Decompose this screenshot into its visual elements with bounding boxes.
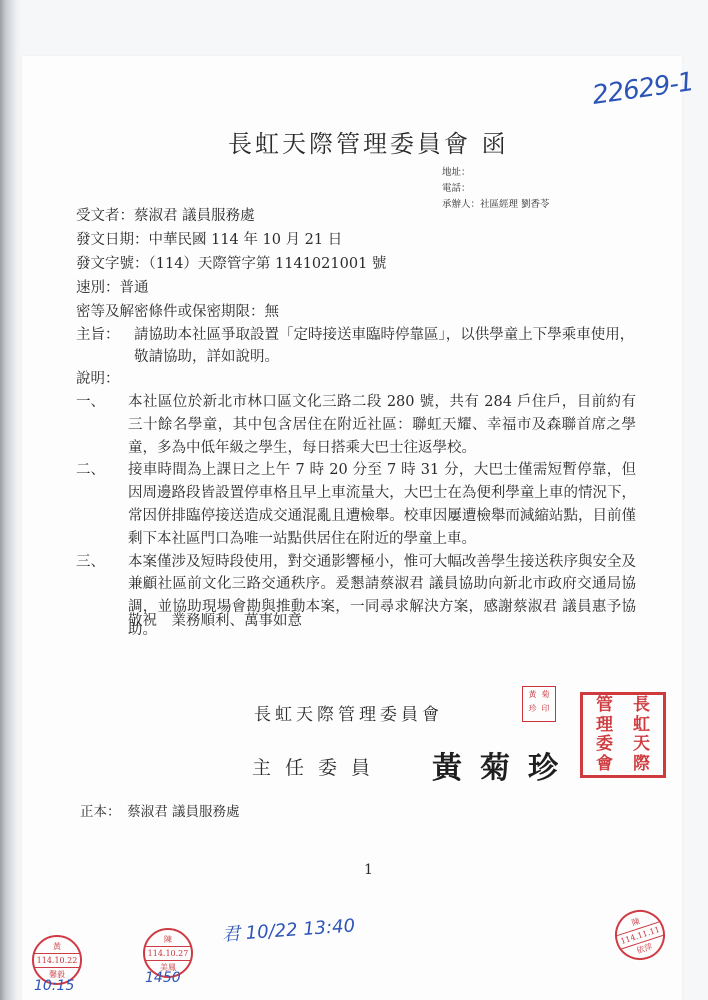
signatory-title: 主任委員 — [252, 753, 384, 780]
closing-salutation: 敬祝 業務順利、萬事如意 — [128, 609, 302, 630]
priority: 普通 — [120, 280, 149, 296]
subject: 主旨： 請協助本社區爭取設置「定時接送車臨時停靠區」，以供學童上下學乘車使用，敬… — [76, 324, 636, 368]
signature-organization: 長虹天際管理委員會 — [254, 700, 443, 725]
scan-edge — [0, 0, 22, 1000]
signatory-name: 黃菊珍 — [432, 743, 576, 787]
stamp-surname: 黃 — [53, 940, 61, 953]
subject-text: 請協助本社區爭取設置「定時接送車臨時停靠區」，以供學童上下學乘車使用，敬請協助，… — [134, 324, 636, 368]
page-number: 1 — [364, 862, 373, 878]
item-number: 三、 — [76, 551, 105, 574]
stamp-date: 114.10.27 — [145, 946, 191, 961]
meta-label: 發文日期： — [76, 232, 149, 248]
reference-row: 發文字號：（114）天際管字第 1141021001 號 — [76, 252, 386, 276]
recipient: 蔡淑君 議員服務處 — [134, 208, 255, 224]
organization-seal-icon: 管 長 理 虹 委 天 會 際 — [580, 692, 666, 778]
letter-meta: 受文者：蔡淑君 議員服務處 發文日期：中華民國 114 年 10 月 21 日 … — [76, 204, 386, 324]
seal-char: 天 — [623, 735, 660, 755]
list-item: 二、 接車時間為上課日之上午 7 時 20 分至 7 時 31 分，大巴士僅需短… — [76, 459, 636, 550]
item-number: 二、 — [76, 459, 105, 482]
recipient-row: 受文者：蔡淑君 議員服務處 — [76, 204, 386, 228]
list-item: 一、 本社區位於新北市林口區文化三路二段 280 號，共有 284 戶住戶，目前… — [76, 391, 636, 459]
explanation-list: 一、 本社區位於新北市林口區文化三路二段 280 號，共有 284 戶住戶，目前… — [76, 391, 636, 642]
meta-label: 速別： — [76, 280, 120, 296]
seal-char: 珍 — [526, 704, 539, 718]
stamp-date: 114.10.22 — [34, 953, 80, 968]
address-label: 地址： — [442, 165, 550, 181]
seal-char: 虹 — [623, 716, 660, 736]
date-row: 發文日期：中華民國 114 年 10 月 21 日 — [76, 228, 386, 252]
seal-char: 印 — [539, 704, 552, 718]
explanation-label: 說明： — [76, 368, 120, 390]
handwritten-time: 1450 — [145, 970, 181, 986]
classification: 無 — [265, 304, 280, 320]
seal-char: 黃 — [526, 690, 539, 704]
item-text: 本社區位於新北市林口區文化三路二段 280 號，共有 284 戶住戶，目前約有三… — [128, 391, 636, 459]
seal-char: 際 — [623, 755, 660, 775]
contact-block: 地址： 電話： 承辦人：社區經理 劉香苓 — [442, 165, 550, 213]
meta-label: 密等及解密條件或保密期限： — [76, 304, 265, 320]
meta-label: 受文者： — [76, 208, 134, 224]
reference-number: （114）天際管字第 1141021001 號 — [149, 256, 387, 272]
meta-label: 發文字號： — [76, 256, 149, 272]
handwritten-time: 10:15 — [34, 978, 74, 994]
phone-label: 電話： — [442, 181, 550, 197]
priority-row: 速別：普通 — [76, 276, 386, 300]
seal-char: 菊 — [539, 690, 552, 704]
seal-char: 理 — [586, 716, 623, 736]
personal-seal-icon: 黃 菊 珍 印 — [522, 686, 556, 722]
item-text: 接車時間為上課日之上午 7 時 20 分至 7 時 31 分，大巴士僅需短暫停靠… — [128, 459, 636, 550]
item-number: 一、 — [76, 391, 105, 414]
stamp-surname: 陳 — [164, 933, 172, 946]
seal-char: 委 — [586, 735, 623, 755]
letter-title: 長虹天際管理委員會 函 — [228, 124, 509, 159]
seal-char: 會 — [586, 755, 623, 775]
handler: 承辦人：社區經理 劉香苓 — [442, 197, 550, 213]
seal-char: 管 — [586, 696, 623, 716]
carbon-copy: 正本： 蔡淑君 議員服務處 — [80, 800, 240, 820]
seal-char: 長 — [623, 696, 660, 716]
subject-label: 主旨： — [76, 324, 120, 346]
issue-date: 中華民國 114 年 10 月 21 日 — [149, 232, 343, 248]
classification-row: 密等及解密條件或保密期限：無 — [76, 300, 386, 324]
